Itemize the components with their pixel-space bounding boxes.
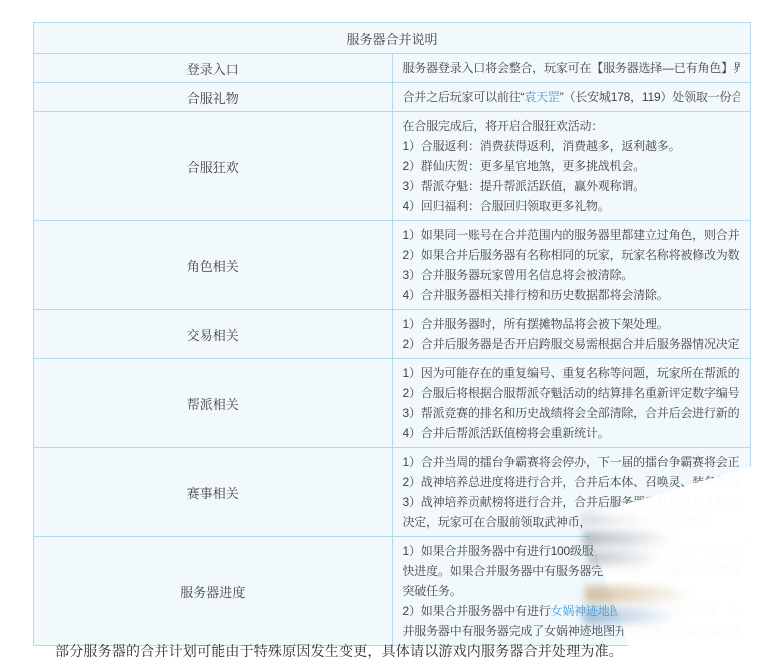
row-content: 1）合并服务器时，所有摆摊物品将会被下架处理。2）合并后服务器是否开启跨服交易需… (392, 310, 751, 359)
text-segment: 4）合并后帮派活跃值榜将会重新统计。 (403, 426, 610, 440)
content-line: 3）帮派夺魁：提升帮派活跃值，赢外观称谓。 (403, 176, 741, 196)
row-label: 角色相关 (34, 221, 393, 310)
content-line: 2）如果合并后服务器有名称相同的玩家，玩家名称将被修改为数字ID，并获得一次免费… (403, 245, 741, 265)
row-content: 在合服完成后，将开启合服狂欢活动：1）合服返利：消费获得返利，消费越多，返利越多… (392, 112, 751, 221)
text-segment: 1）如果同一账号在合并范围内的服务器里都建立过角色，则合并后最多可以保存 (403, 228, 741, 242)
content-line: 2）如果合并服务器中有进行女娲神迹地图开启任务的服务器，任务进度将会保留合 (403, 601, 741, 621)
text-segment: 1）因为可能存在的重复编号、重复名称等问题，玩家所在帮派的编号和名称有可能改变。 (403, 366, 741, 380)
text-segment: 2）如果合并后服务器有名称相同的玩家，玩家名称将被修改为数字ID，并获得一次免费… (403, 248, 741, 262)
table-row: 赛事相关1）合并当周的擂台争霸赛将会停办，下一届的擂台争霸赛将会正常开启。2）战… (34, 448, 751, 537)
content-line: 突破任务。 (403, 581, 741, 601)
content-line: 3）合并服务器玩家曾用名信息将会被清除。 (403, 265, 741, 285)
text-segment: 快进度。如果合并服务器中有服务器完成100级服务器等级上限突破任务，则其它服 (403, 564, 741, 578)
content-line: 1）如果同一账号在合并范围内的服务器里都建立过角色，则合并后最多可以保存12个角… (403, 225, 741, 245)
row-content: 1）合并当周的擂台争霸赛将会停办，下一届的擂台争霸赛将会正常开启。2）战神培养总… (392, 448, 751, 537)
content-line: 服务器登录入口将会整合，玩家可在【服务器选择—已有角色】界面查看所属服务器。 (403, 58, 741, 78)
row-content: 1）如果同一账号在合并范围内的服务器里都建立过角色，则合并后最多可以保存12个角… (392, 221, 751, 310)
footer-note: 部分服务器的合并计划可能由于特殊原因发生变更，具体请以游戏内服务器合并处理为准。 (55, 641, 623, 661)
row-label: 交易相关 (34, 310, 393, 359)
text-segment: 1）合服返利：消费获得返利，消费越多，返利越多。 (403, 139, 681, 153)
inline-link[interactable]: 袁天罡 (524, 90, 559, 104)
table-row: 角色相关1）如果同一账号在合并范围内的服务器里都建立过角色，则合并后最多可以保存… (34, 221, 751, 310)
content-line: 3）战神培养贡献榜将进行合并，合并后服务器系数将采用主服的服务器系数，玩家个人系… (403, 492, 741, 512)
text-segment: 3）合并服务器玩家曾用名信息将会被清除。 (403, 268, 634, 282)
content-line: 2）合并后服务器是否开启跨服交易需根据合并后服务器情况决定。 (403, 334, 741, 354)
text-segment: 的服务器，突破任务的进 (712, 544, 740, 558)
table-row: 服务器进度1）如果合并服务器中有进行100级服务器等级上限突破任务的服务器，突破… (34, 537, 751, 646)
table-row: 合服礼物合并之后玩家可以前往“袁天罡”（长安城178，119）处领取一份合并服务… (34, 83, 751, 112)
text-segment: 4）合并服务器相关排行榜和历史数据都将会清除。 (403, 288, 669, 302)
table-title-row: 服务器合并说明 (34, 23, 751, 54)
content-line: 快进度。如果合并服务器中有服务器完成100级服务器等级上限突破任务，则其它服 (403, 561, 741, 581)
server-merge-table: 服务器合并说明 登录入口服务器登录入口将会整合，玩家可在【服务器选择—已有角色】… (33, 22, 751, 646)
text-segment: 在合服完成后，将开启合服狂欢活动： (403, 119, 604, 133)
row-content: 1）因为可能存在的重复编号、重复名称等问题，玩家所在帮派的编号和名称有可能改变。… (392, 359, 751, 448)
text-segment: 1）合并当周的擂台争霸赛将会停办，下一届的擂台争霸赛将会正常开启。 (403, 455, 741, 469)
text-segment: 服务器登录入口将会整合，玩家可在【服务器选择—已有角色】界面查看所属服务器。 (403, 61, 741, 75)
text-segment: 2）如果合并服务器中有进行 (403, 604, 551, 618)
text-segment: 突破任务。 (403, 584, 462, 598)
text-segment: 3）帮派竞赛的排名和历史战绩将会全部清除，合并后会进行新的帮战匹配。 (403, 406, 741, 420)
row-label: 登录入口 (34, 54, 393, 83)
content-line: 1）合服返利：消费获得返利，消费越多，返利越多。 (403, 136, 741, 156)
page: 服务器合并说明 登录入口服务器登录入口将会整合，玩家可在【服务器选择—已有角色】… (0, 0, 783, 669)
inline-link[interactable]: 等级上限突破任务 (617, 544, 711, 558)
text-segment: 4）回归福利：合服回归领取更多礼物。 (403, 199, 610, 213)
table-row: 帮派相关1）因为可能存在的重复编号、重复名称等问题，玩家所在帮派的编号和名称有可… (34, 359, 751, 448)
text-segment: 并服务器中有服务器完成了女娲神迹地图开启任务，则其他服务器直接开放女娲神迹 (403, 624, 741, 638)
row-label: 合服狂欢 (34, 112, 393, 221)
content-line: 2）战神培养总进度将进行合并，合并后本体、召唤灵、装备的培养总进度将分别采用合并… (403, 472, 741, 492)
content-line: 1）合并当周的擂台争霸赛将会停办，下一届的擂台争霸赛将会正常开启。 (403, 452, 741, 472)
content-line: 1）因为可能存在的重复编号、重复名称等问题，玩家所在帮派的编号和名称有可能改变。 (403, 363, 741, 383)
content-line: 4）回归福利：合服回归领取更多礼物。 (403, 196, 741, 216)
text-segment: 的服务器，任务进度将会保留合 (669, 604, 740, 618)
content-line: 合并之后玩家可以前往“袁天罡”（长安城178，119）处领取一份合并服务器礼物。 (403, 87, 741, 107)
content-line: 1）合并服务器时，所有摆摊物品将会被下架处理。 (403, 314, 741, 334)
text-segment: 决定，玩家可在合服前领取武神币，避免系数变化造成损失。 (403, 515, 722, 529)
content-line: 2）合服后将根据合服帮派夺魁活动的结算排名重新评定数字编号。 (403, 383, 741, 403)
table-row: 交易相关1）合并服务器时，所有摆摊物品将会被下架处理。2）合并后服务器是否开启跨… (34, 310, 751, 359)
row-content: 1）如果合并服务器中有进行100级服务器等级上限突破任务的服务器，突破任务的进快… (392, 537, 751, 646)
row-label: 服务器进度 (34, 537, 393, 646)
row-label: 帮派相关 (34, 359, 393, 448)
text-segment: 3）战神培养贡献榜将进行合并，合并后服务器系数将采用主服的服务器系数，玩家个人系… (403, 495, 741, 509)
content-line: 4）合并服务器相关排行榜和历史数据都将会清除。 (403, 285, 741, 305)
text-segment: 3）帮派夺魁：提升帮派活跃值，赢外观称谓。 (403, 179, 645, 193)
content-line: 并服务器中有服务器完成了女娲神迹地图开启任务，则其他服务器直接开放女娲神迹 (403, 621, 741, 641)
table-row: 登录入口服务器登录入口将会整合，玩家可在【服务器选择—已有角色】界面查看所属服务… (34, 54, 751, 83)
content-line: 1）如果合并服务器中有进行100级服务器等级上限突破任务的服务器，突破任务的进 (403, 541, 741, 561)
content-line: 3）帮派竞赛的排名和历史战绩将会全部清除，合并后会进行新的帮战匹配。 (403, 403, 741, 423)
merge-table-body: 服务器合并说明 登录入口服务器登录入口将会整合，玩家可在【服务器选择—已有角色】… (34, 23, 751, 646)
text-segment: ”（长安城178，119）处领取一份合并服务器礼物。 (560, 90, 740, 104)
table-row: 合服狂欢在合服完成后，将开启合服狂欢活动：1）合服返利：消费获得返利，消费越多，… (34, 112, 751, 221)
text-segment: 2）群仙庆贺：更多星官地煞，更多挑战机会。 (403, 159, 645, 173)
content-line: 决定，玩家可在合服前领取武神币，避免系数变化造成损失。 (403, 512, 741, 532)
inline-link[interactable]: 女娲神迹地图开启任务 (551, 604, 669, 618)
content-line: 在合服完成后，将开启合服狂欢活动： (403, 116, 741, 136)
text-segment: 2）合服后将根据合服帮派夺魁活动的结算排名重新评定数字编号。 (403, 386, 741, 400)
row-label: 赛事相关 (34, 448, 393, 537)
row-label: 合服礼物 (34, 83, 393, 112)
text-segment: 1）如果合并服务器中有进行100级服务器 (403, 544, 618, 558)
row-content: 合并之后玩家可以前往“袁天罡”（长安城178，119）处领取一份合并服务器礼物。 (392, 83, 751, 112)
text-segment: 2）战神培养总进度将进行合并，合并后本体、召唤灵、装备的培养总进度将分别采用合并… (403, 475, 741, 489)
text-segment: 合并之后玩家可以前往“ (403, 90, 525, 104)
table-title: 服务器合并说明 (34, 23, 751, 54)
text-segment: 2）合并后服务器是否开启跨服交易需根据合并后服务器情况决定。 (403, 337, 741, 351)
row-content: 服务器登录入口将会整合，玩家可在【服务器选择—已有角色】界面查看所属服务器。 (392, 54, 751, 83)
content-line: 4）合并后帮派活跃值榜将会重新统计。 (403, 423, 741, 443)
content-line: 2）群仙庆贺：更多星官地煞，更多挑战机会。 (403, 156, 741, 176)
text-segment: 1）合并服务器时，所有摆摊物品将会被下架处理。 (403, 317, 669, 331)
